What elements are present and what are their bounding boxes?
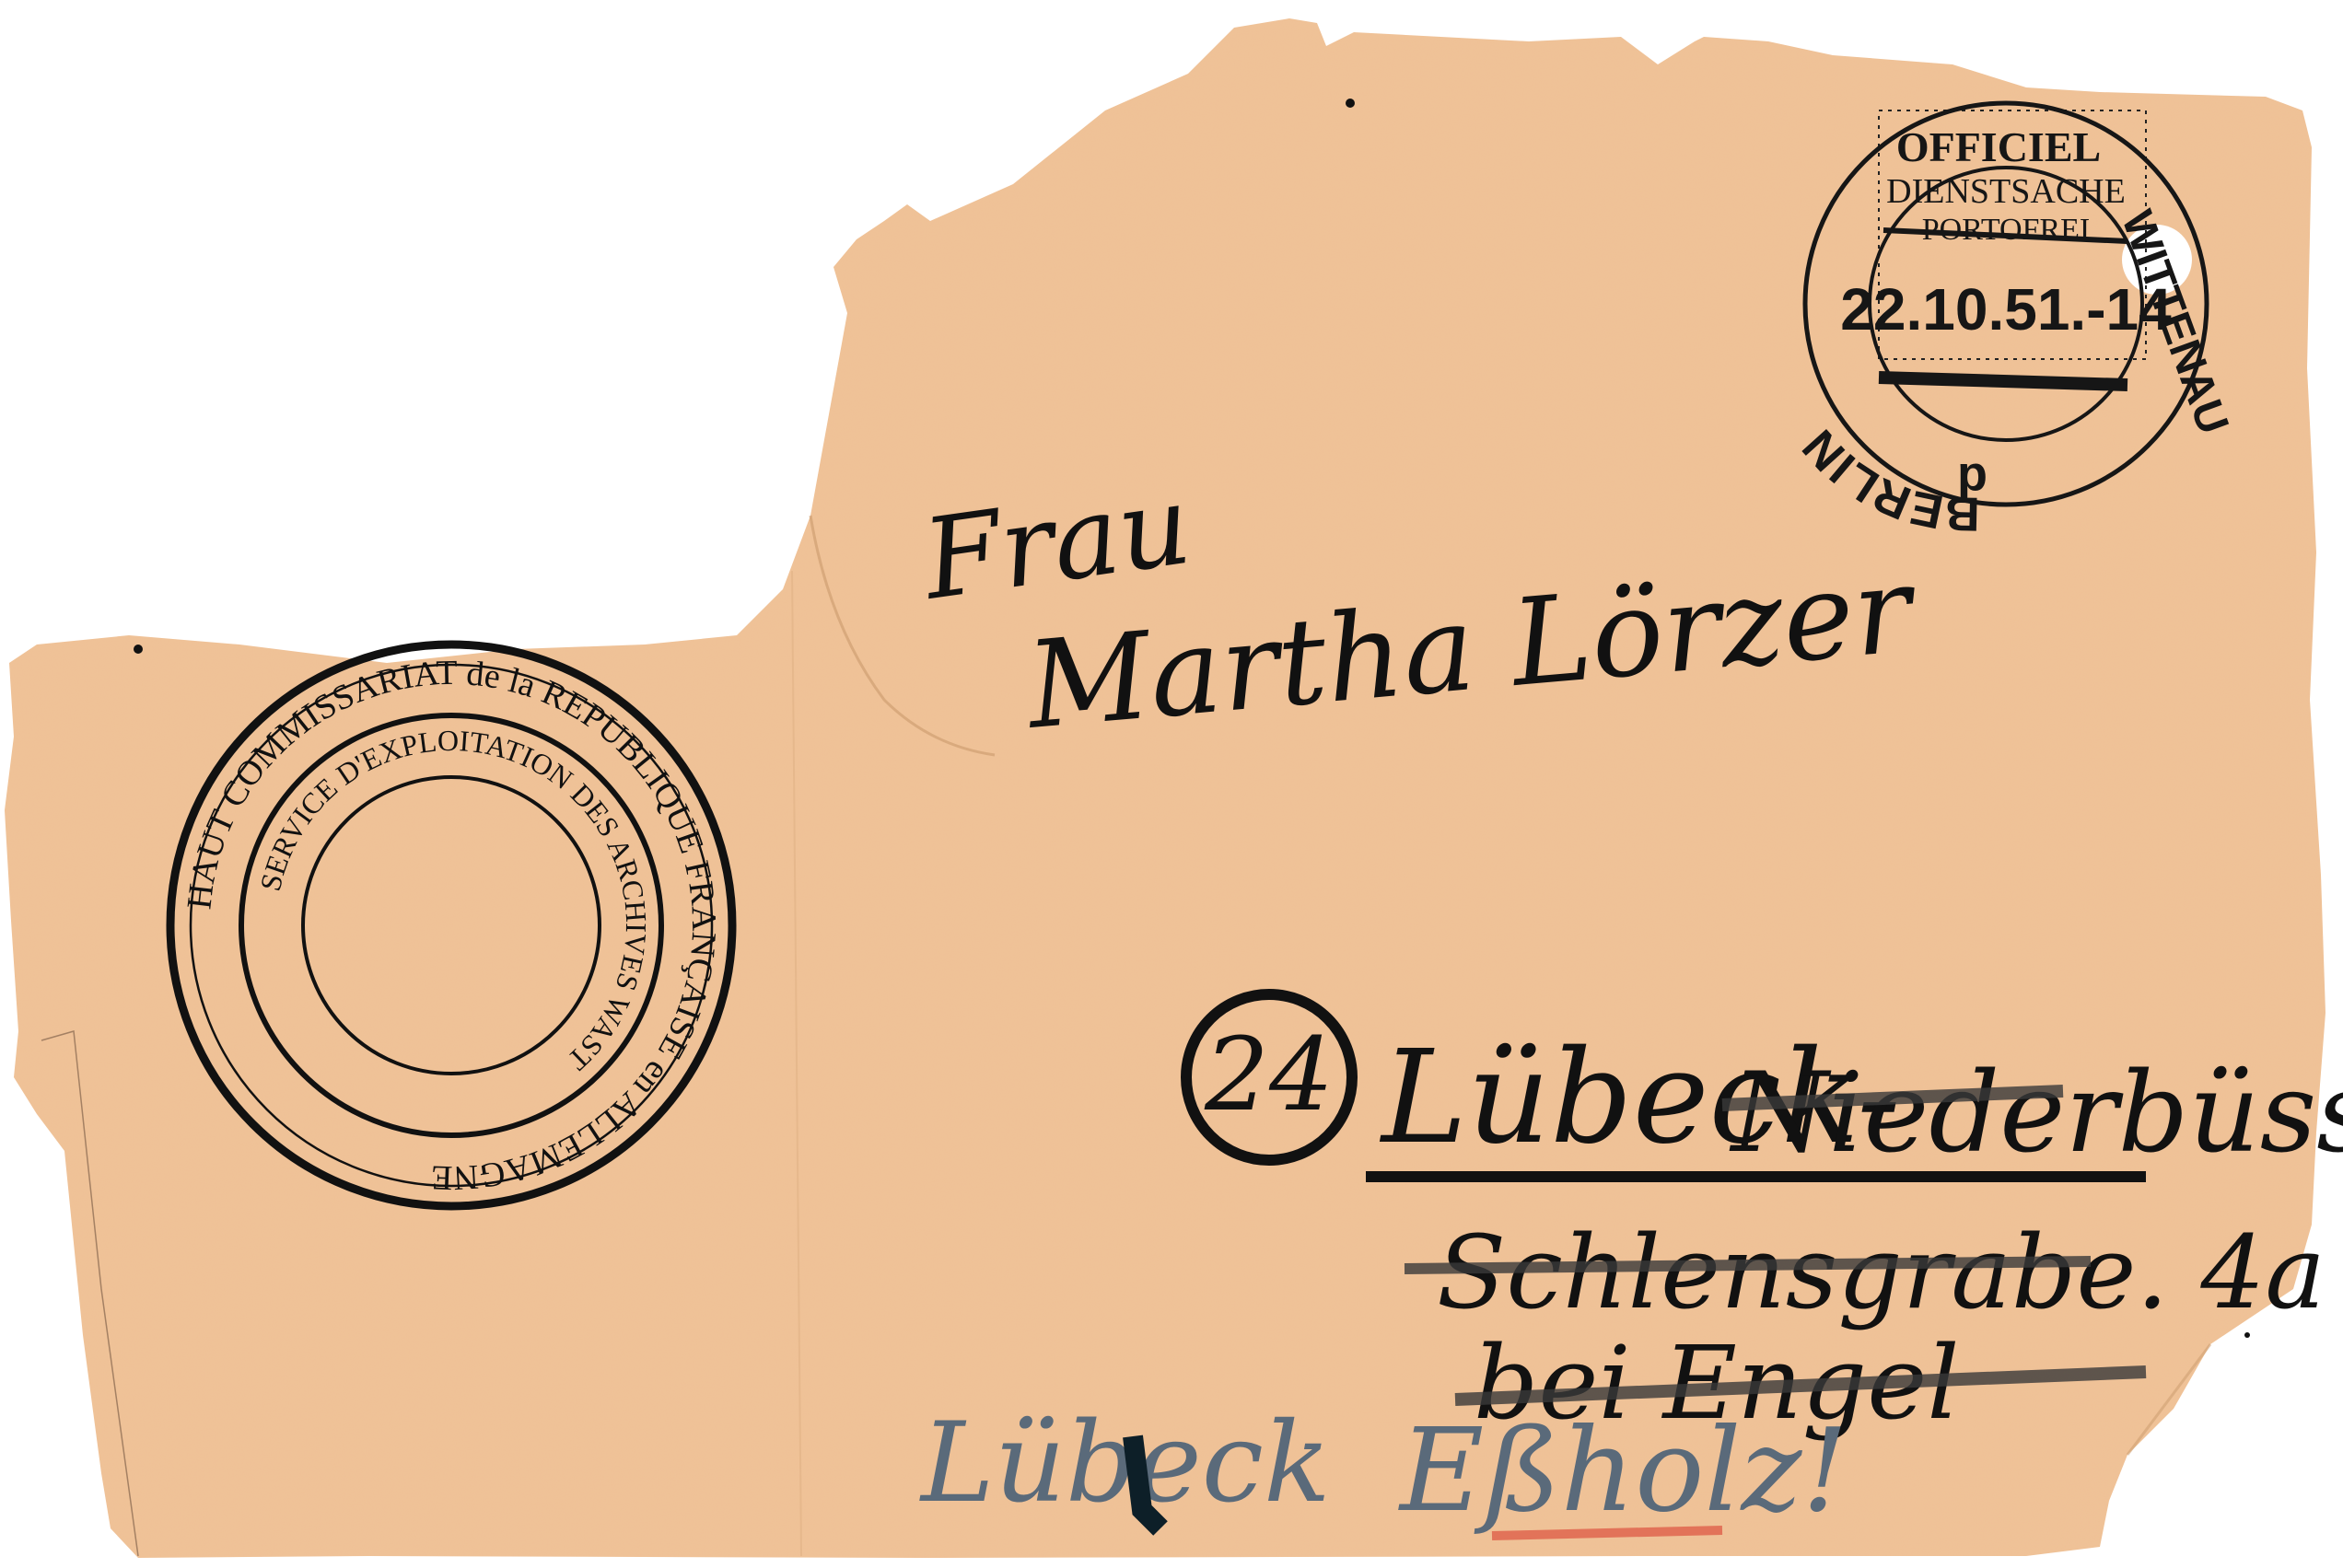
stamp-line-1: OFFICIEL bbox=[1896, 123, 2101, 170]
postmark-letter: d bbox=[1957, 453, 1987, 508]
postal-district: 24 bbox=[1204, 1016, 1334, 1133]
pencil-city: Lübeck bbox=[919, 1400, 1331, 1527]
postmark-date: 22.10.51.-14 bbox=[1840, 276, 2172, 343]
stamp-line-3: PORTOFREI bbox=[1922, 213, 2090, 247]
stamp-line-2: DIENSTSACHE bbox=[1886, 172, 2126, 211]
envelope-scan: HAUT COMMISSARIAT de la REPUBLIQUE FRANÇ… bbox=[0, 0, 2343, 1568]
city-struck: Niederbüssau bbox=[1729, 1050, 2343, 1178]
pencil-note: Eßholz! bbox=[1398, 1404, 1848, 1538]
